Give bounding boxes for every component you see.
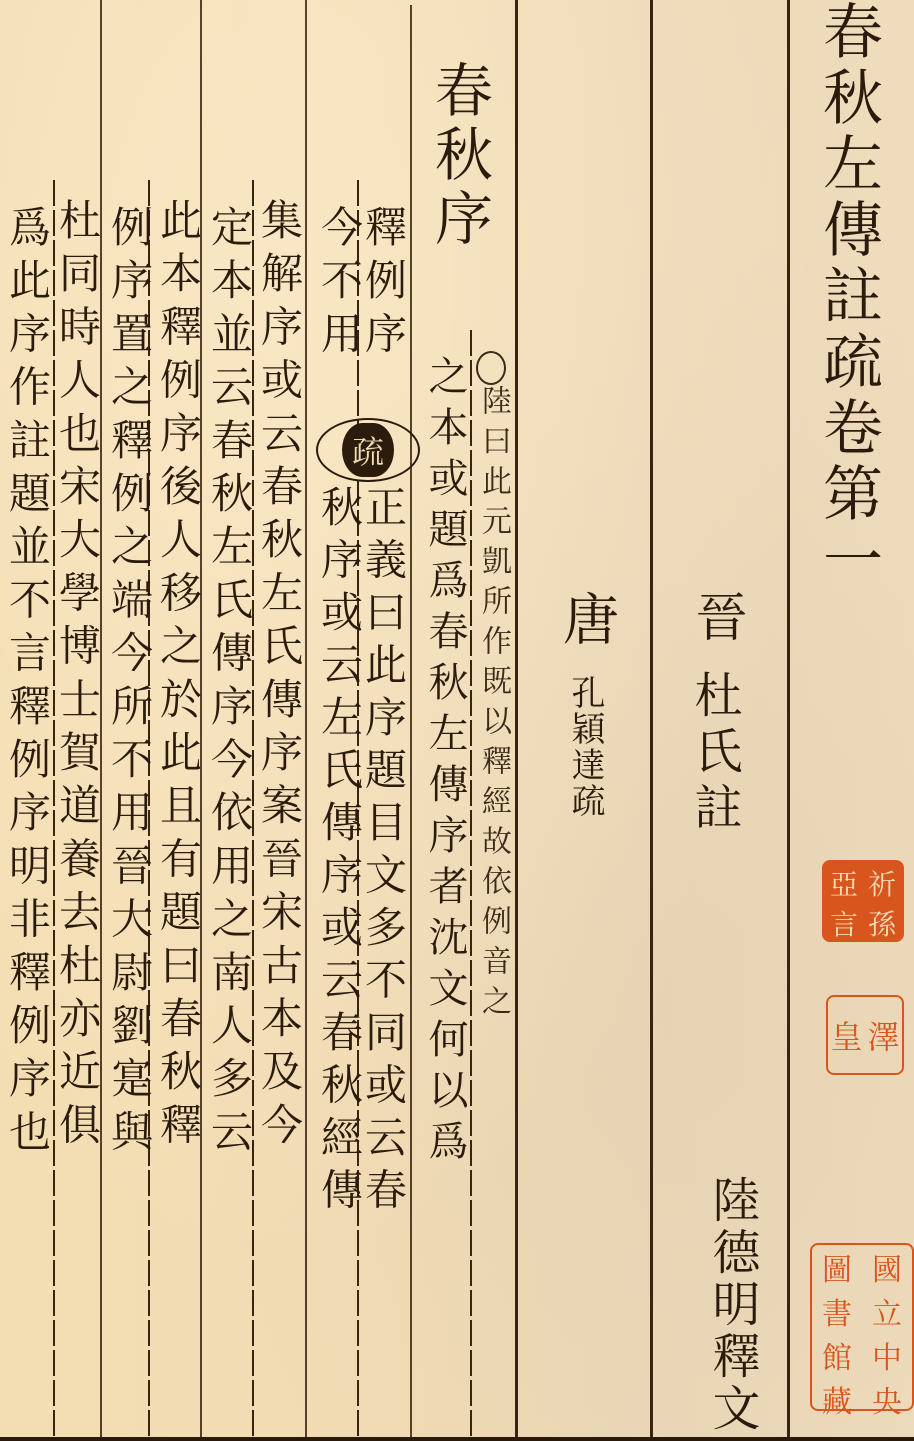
text-column-2-bottom: 秋序或云左氏傳序或云春秋經傳 [318,485,360,1220]
column-rule [410,5,412,1441]
author-kong-commentary: 孔穎達疏 [568,675,602,819]
text-column-6: 例序置之釋例之端今所不用晉大尉劉寔與 [108,205,150,1163]
text-column-3: 集解序或云春秋左氏傳序案晉宋古本及今 [258,198,300,1156]
author-du-annotation: 杜氏註 [690,670,738,838]
volume-title: 春秋左傳註疏卷第一 [818,0,878,594]
page-bottom-border [0,1437,914,1441]
text-column-7: 杜同時人也宋大學博士賀道養去杜亦近俱 [56,198,98,1156]
section-heading: 春秋序 [430,60,488,252]
text-column-2-top: 今不用 [318,205,360,365]
circle-mark-icon [476,351,506,385]
column-rule [305,0,307,1441]
author-dynasty-tang: 唐 [558,590,614,646]
collector-seal-2: 皇 澤 [826,995,904,1075]
column-rule-dashed [470,330,472,1441]
text-column-8: 爲此序作註題並不言釋例序明非釋例序也 [6,205,48,1163]
note-column-right: 陸曰此元凱所作既以釋經故依例音之 [478,385,508,1025]
library-seal: 國 立 中 央 圖 書 館 藏 [810,1243,914,1411]
text-column-1-top: 釋例序 [362,205,404,365]
collector-seal-1: 祈 孫 亞 言 [822,860,904,942]
text-column-1-bottom: 正義曰此序題目文多不同或云春 [362,485,404,1220]
text-column-4: 定本並云春秋左氏傳序今依用之南人多云 [208,205,250,1163]
column-rule [515,0,518,1441]
text-column-5: 此本釋例序後人移之於此且有題曰春秋釋 [157,198,199,1156]
column-rule [650,0,653,1441]
note-column-left: 之本或題爲春秋左傳序者沈文何以爲 [425,355,465,1171]
author-lu-phonetic: 陸德明釋文 [708,1175,756,1435]
shu-label: 疏 [342,423,394,477]
column-rule [787,0,790,1441]
shu-commentary-badge: 疏 [316,418,420,482]
author-dynasty-jin: 晉 [690,590,742,642]
book-page: 春秋左傳註疏卷第一 晉 杜氏註 唐 孔穎達疏 陸德明釋文 春秋序 陸曰此元凱所作… [0,0,914,1441]
